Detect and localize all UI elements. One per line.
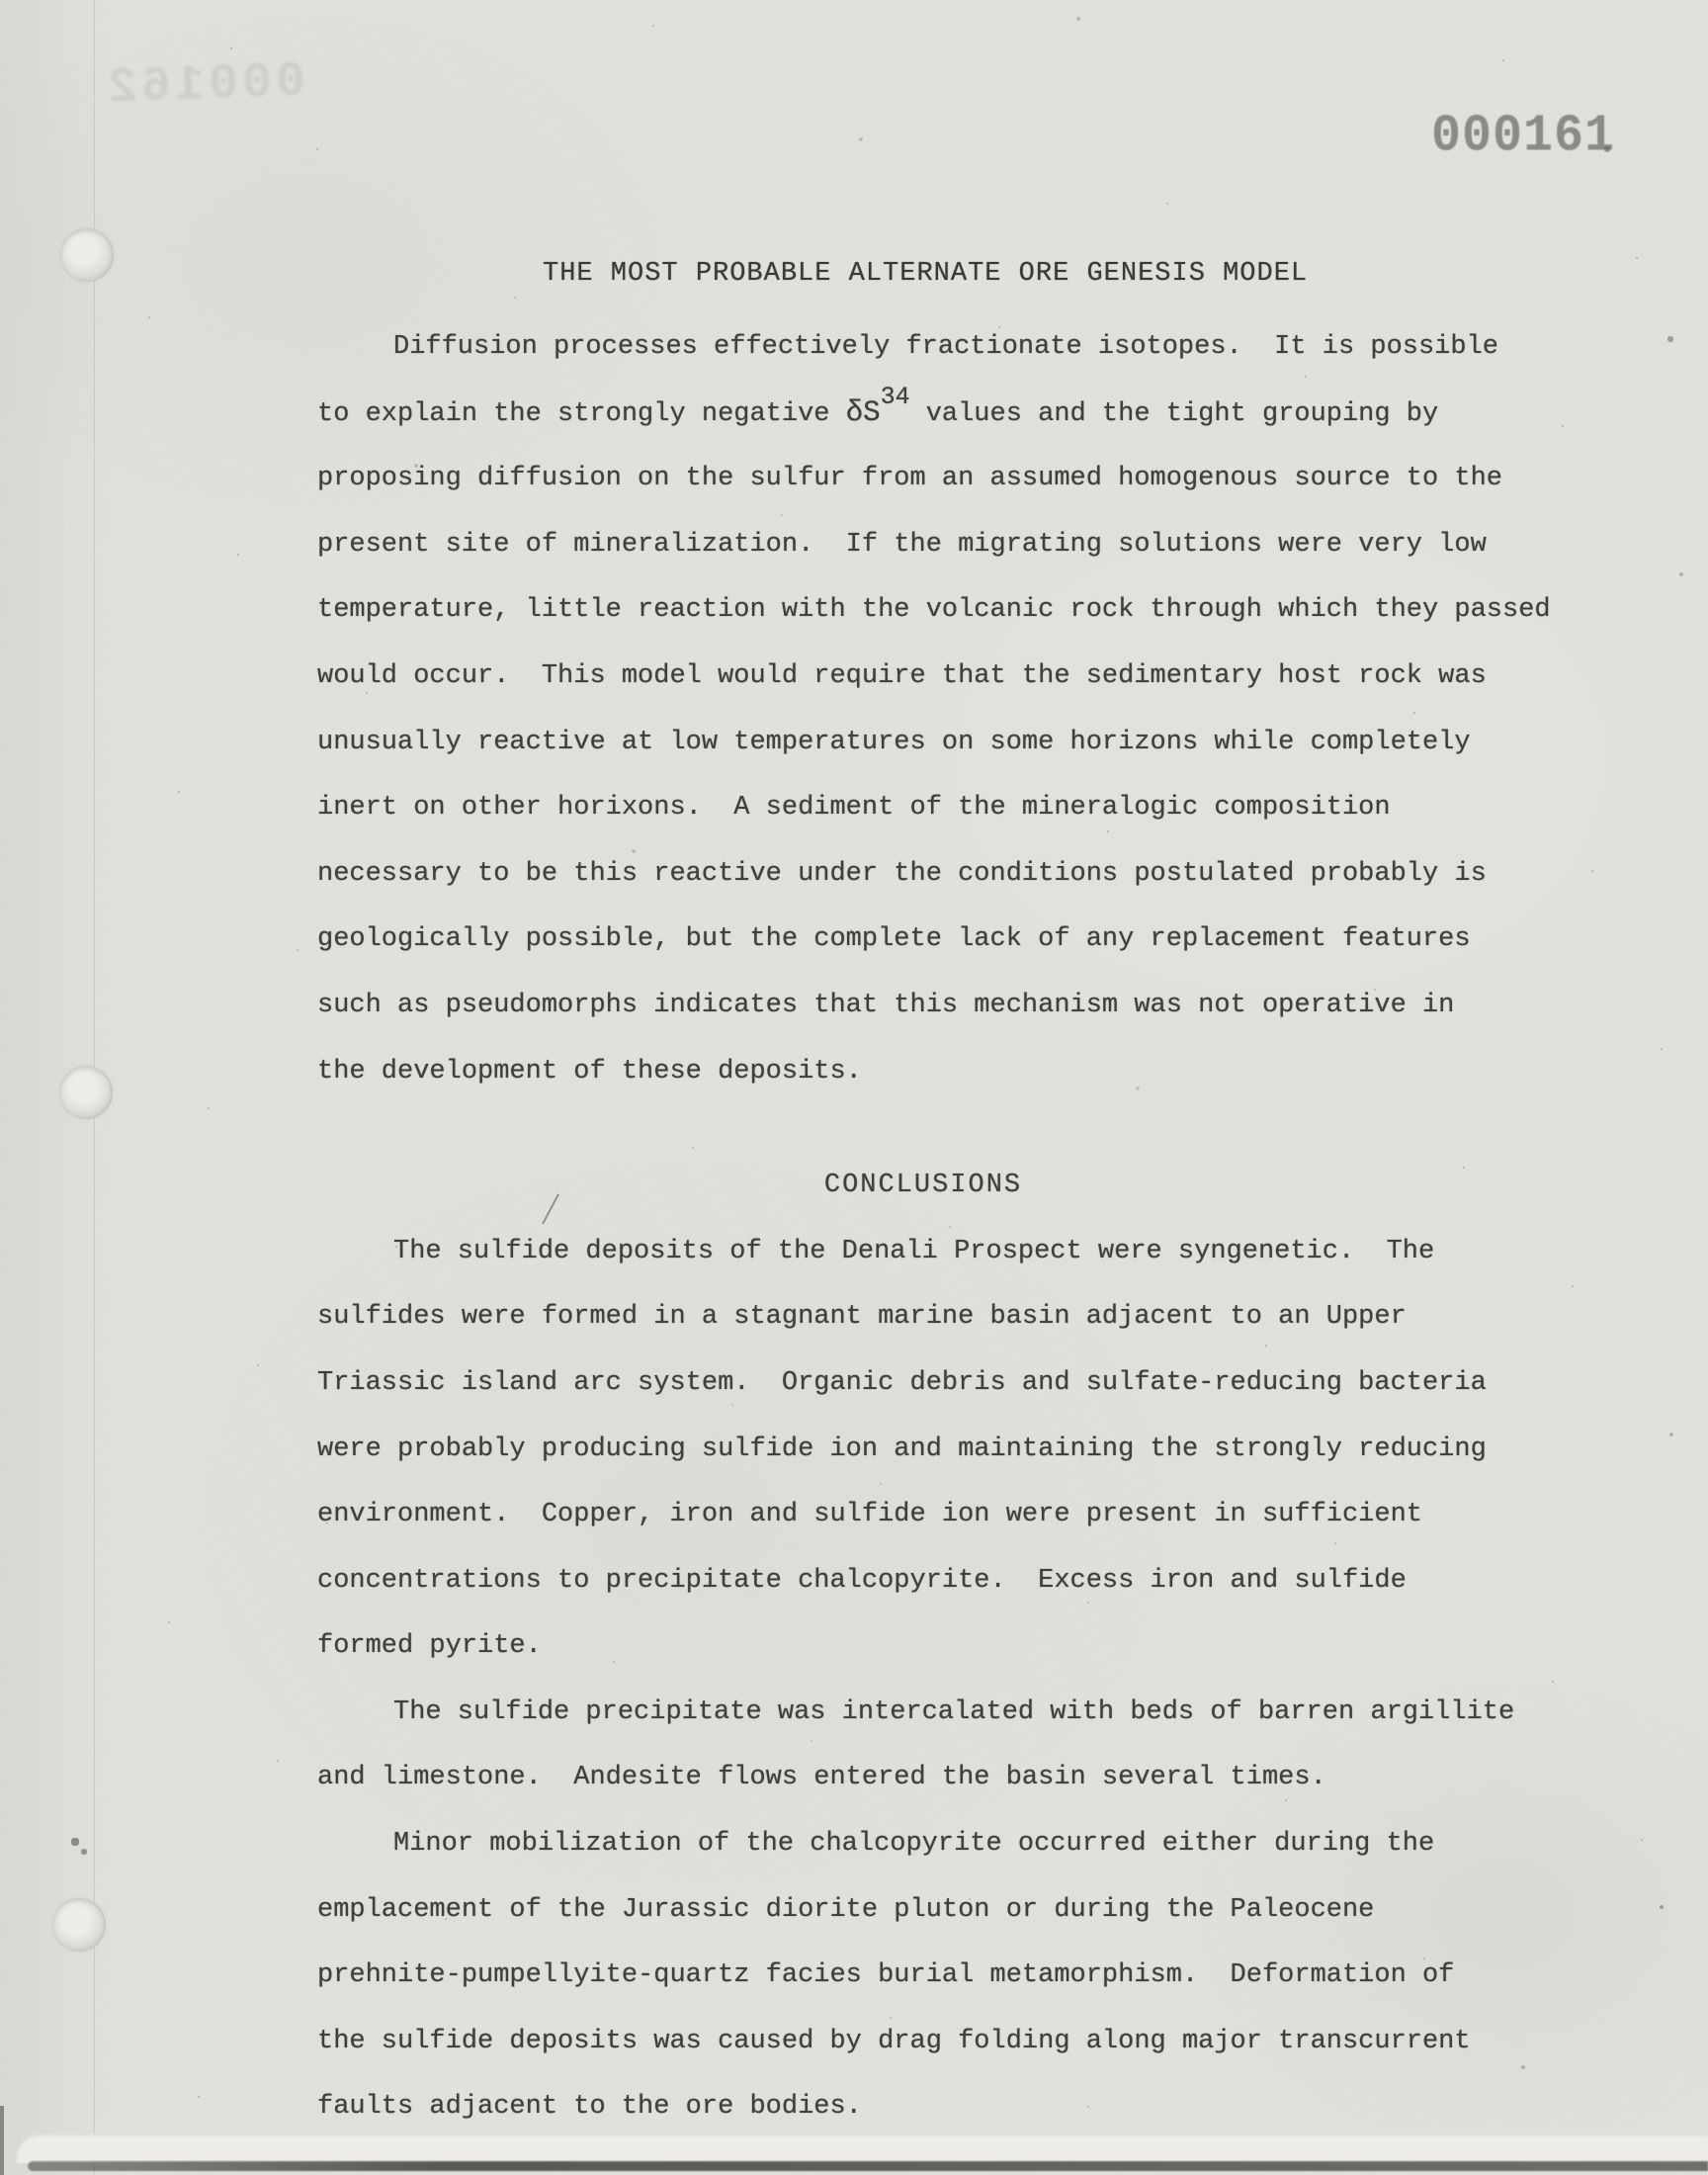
text-line: would occur. This model would require th… bbox=[317, 644, 1598, 710]
text-line: proposing diffusion on the sulfur from a… bbox=[317, 446, 1598, 512]
text-line: temperature, little reaction with the vo… bbox=[317, 577, 1598, 644]
text-line: faults adjacent to the ore bodies. bbox=[317, 2074, 1598, 2140]
section-heading: CONCLUSIONS bbox=[283, 1153, 1564, 1219]
text-segment: values and the tight grouping by bbox=[910, 399, 1439, 429]
text-line: Diffusion processes effectively fraction… bbox=[317, 314, 1598, 381]
document-body: Diffusion processes effectively fraction… bbox=[317, 314, 1598, 2140]
punch-hole-top bbox=[60, 228, 114, 282]
scanner-shadow-bar bbox=[28, 2161, 1708, 2171]
text-line: concentrations to precipitate chalcopyri… bbox=[317, 1548, 1598, 1614]
scan-speckles bbox=[0, 0, 2, 2]
text-line: inert on other horixons. A sediment of t… bbox=[317, 775, 1598, 841]
punch-hole-middle bbox=[59, 1066, 113, 1119]
scanned-document-page: 000162 000161 THE MOST PROBABLE ALTERNAT… bbox=[0, 0, 1708, 2175]
text-line: environment. Copper, iron and sulfide io… bbox=[317, 1482, 1598, 1548]
text-line: unusually reactive at low temperatures o… bbox=[317, 710, 1598, 776]
text-line: and limestone. Andesite flows entered th… bbox=[317, 1745, 1598, 1811]
delta-s-symbol: δS bbox=[846, 396, 881, 429]
page-number-stamp: 000161 bbox=[1431, 108, 1615, 167]
text-line: Triassic island arc system. Organic debr… bbox=[317, 1350, 1598, 1417]
text-line: The sulfide deposits of the Denali Prosp… bbox=[317, 1219, 1598, 1285]
document-title: THE MOST PROBABLE ALTERNATE ORE GENESIS … bbox=[543, 259, 1308, 289]
text-line: such as pseudomorphs indicates that this… bbox=[317, 973, 1598, 1039]
bleed-through-stamp: 000162 bbox=[103, 53, 306, 117]
text-line: emplacement of the Jurassic diorite plut… bbox=[317, 1877, 1598, 1944]
text-line: sulfides were formed in a stagnant marin… bbox=[317, 1284, 1598, 1350]
page-bottom-edge bbox=[16, 2133, 1708, 2163]
text-line: Minor mobilization of the chalcopyrite o… bbox=[317, 1811, 1598, 1877]
text-line: the sulfide deposits was caused by drag … bbox=[317, 2009, 1598, 2075]
section-spacer bbox=[317, 1104, 1598, 1153]
text-line: prehnite-pumpellyite-quartz facies buria… bbox=[317, 1943, 1598, 2009]
text-line: present site of mineralization. If the m… bbox=[317, 512, 1598, 578]
scan-left-edge bbox=[0, 2106, 4, 2175]
text-line: formed pyrite. bbox=[317, 1613, 1598, 1680]
text-line: the development of these deposits. bbox=[317, 1039, 1598, 1105]
text-segment: to explain the strongly negative bbox=[317, 399, 846, 429]
text-line: The sulfide precipitate was intercalated… bbox=[317, 1680, 1598, 1746]
text-line: geologically possible, but the complete … bbox=[317, 907, 1598, 973]
superscript-34: 34 bbox=[881, 384, 910, 411]
text-line: were probably producing sulfide ion and … bbox=[317, 1417, 1598, 1483]
text-line: necessary to be this reactive under the … bbox=[317, 841, 1598, 908]
punch-hole-bottom bbox=[52, 1898, 106, 1952]
text-line-with-isotope-notation: to explain the strongly negative δS34 va… bbox=[317, 381, 1598, 447]
